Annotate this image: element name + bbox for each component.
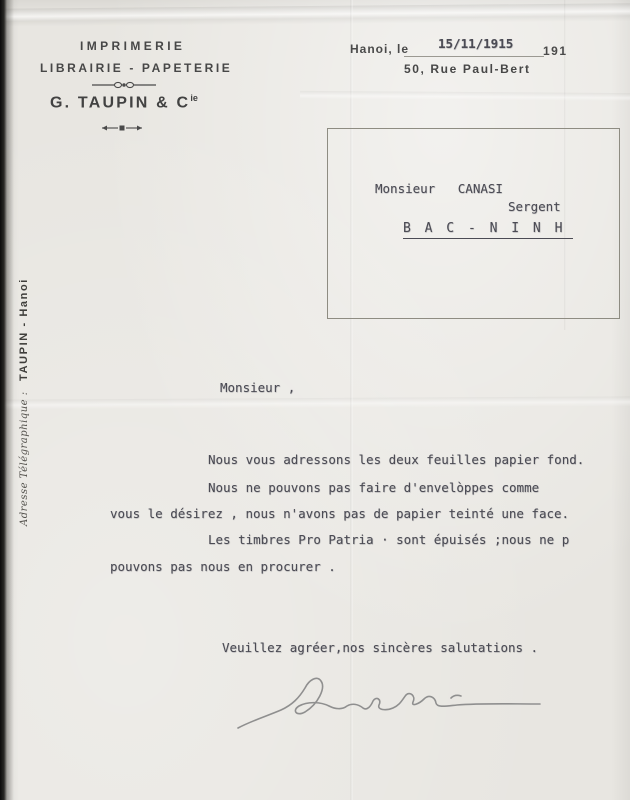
recipient-location: B A C - N I N H: [403, 221, 573, 239]
dateline-place: Hanoi, le: [350, 42, 409, 56]
letterhead-librairie-papeterie: LIBRAIRIE - PAPETERIE: [40, 61, 232, 75]
telegraph-address-vertical: Adresse Télégraphique : TAUPIN - Hanoi: [14, 316, 30, 526]
recipient-name: Monsieur CANASI: [375, 181, 503, 196]
letter-paper: IMPRIMERIE LIBRAIRIE - PAPETERIE G. TAUP…: [0, 0, 630, 800]
company-suffix: ie: [190, 93, 198, 103]
fold-crease-middle: [0, 396, 630, 409]
handwritten-signature-icon: [225, 660, 555, 755]
company-text: G. TAUPIN & C: [50, 94, 190, 111]
body-line-4: Les timbres Pro Patria · sont épuisés ;n…: [208, 532, 569, 547]
letterhead-company-name: G. TAUPIN & Cie: [50, 93, 198, 112]
typed-date: 15/11/1915: [438, 36, 513, 51]
letter-greeting: Monsieur ,: [220, 380, 295, 395]
body-line-3: vous le désirez , nous n'avons pas de pa…: [110, 506, 569, 521]
body-line-5: pouvons pas nous en procurer .: [110, 559, 336, 574]
letter-closing: Veuillez agréer,nos sincères salutations…: [222, 640, 538, 655]
arrow-divider-ornament-icon: [100, 123, 144, 133]
body-line-2: Nous ne pouvons pas faire d'envelòppes c…: [208, 480, 539, 495]
recipient-rank: Sergent: [508, 199, 561, 214]
telegraph-name: TAUPIN - Hanoi: [18, 278, 30, 381]
dateline-rule: [404, 56, 544, 57]
fold-crease-top: [0, 3, 630, 26]
dateline-year-prefix: 191: [543, 44, 568, 58]
body-line-1: Nous vous adressons les deux feuilles pa…: [208, 452, 584, 467]
fold-crease-right: [300, 91, 630, 101]
telegraph-label: Adresse Télégraphique :: [19, 391, 30, 526]
scan-edge-shadow: [0, 0, 14, 800]
scroll-divider-ornament-icon: [92, 79, 156, 91]
letterhead-imprimerie: IMPRIMERIE: [80, 39, 185, 53]
letterhead-street-address: 50, Rue Paul-Bert: [404, 62, 531, 76]
